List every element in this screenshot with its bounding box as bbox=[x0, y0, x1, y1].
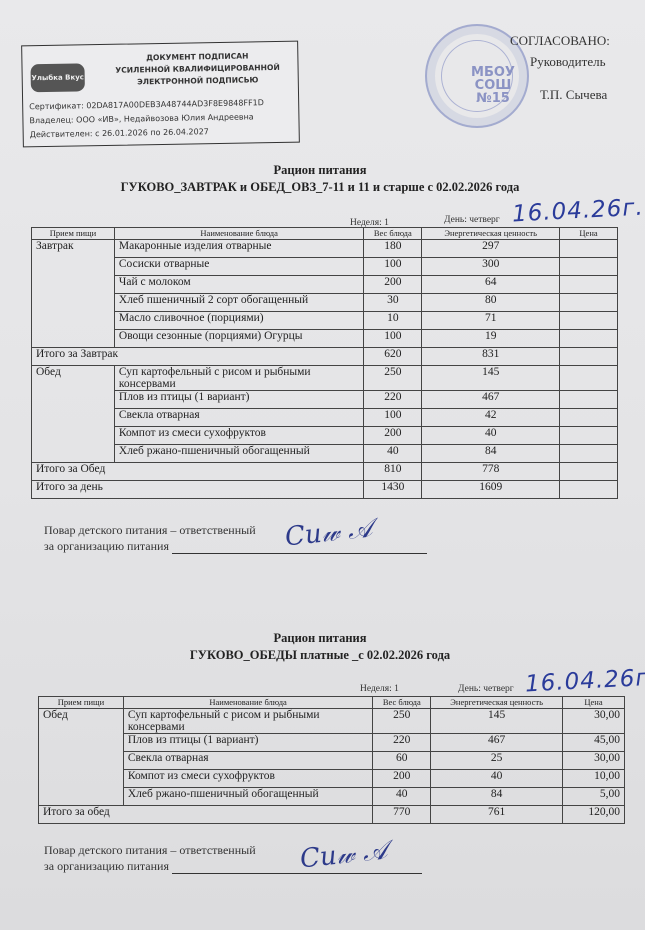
dish-name: Свекла отварная bbox=[114, 409, 363, 427]
total-price bbox=[560, 463, 618, 481]
dish-name: Макаронные изделия отварные bbox=[114, 240, 363, 258]
dish-price bbox=[560, 445, 618, 463]
signature-heading: ДОКУМЕНТ ПОДПИСАН УСИЛЕННОЙ КВАЛИФИЦИРОВ… bbox=[102, 50, 293, 89]
total-label: Итого за обед bbox=[39, 806, 373, 824]
meal-name: Завтрак bbox=[32, 240, 115, 348]
dish-energy: 467 bbox=[422, 391, 560, 409]
total-energy: 831 bbox=[422, 348, 560, 366]
responsible-line-2: за организацию питания bbox=[44, 539, 169, 553]
dish-price bbox=[560, 391, 618, 409]
company-logo: Улыбка Вкус bbox=[30, 63, 84, 92]
signature-line bbox=[172, 873, 422, 874]
total-label: Итого за Обед bbox=[32, 463, 364, 481]
dish-energy: 84 bbox=[422, 445, 560, 463]
table-row: ЗавтракМакаронные изделия отварные180297 bbox=[32, 240, 618, 258]
table-row: Масло сливочное (порциями)1071 bbox=[32, 312, 618, 330]
section2-title: Рацион питания bbox=[100, 630, 540, 647]
section1-day: День: четверг bbox=[444, 215, 500, 225]
table-row: Компот из смеси сухофруктов2004010,00 bbox=[39, 770, 625, 788]
dish-price bbox=[560, 366, 618, 391]
dish-energy: 19 bbox=[422, 330, 560, 348]
dish-weight: 30 bbox=[364, 294, 422, 312]
dish-energy: 467 bbox=[431, 734, 563, 752]
dish-energy: 71 bbox=[422, 312, 560, 330]
section1-title-block: Рацион питания ГУКОВО_ЗАВТРАК и ОБЕД_ОВЗ… bbox=[60, 162, 580, 196]
dish-energy: 64 bbox=[422, 276, 560, 294]
dish-name: Хлеб пшеничный 2 сорт обогащенный bbox=[114, 294, 363, 312]
total-weight: 810 bbox=[364, 463, 422, 481]
dish-weight: 40 bbox=[364, 445, 422, 463]
col-header-weight: Вес блюда bbox=[364, 228, 422, 240]
day-total-row: Итого за день14301609 bbox=[32, 481, 618, 499]
dish-weight: 200 bbox=[364, 427, 422, 445]
col-header-dish: Наименование блюда bbox=[114, 228, 363, 240]
dish-price bbox=[560, 294, 618, 312]
dish-name: Хлеб ржано-пшеничный обогащенный bbox=[114, 445, 363, 463]
day-total-label: Итого за день bbox=[32, 481, 364, 499]
day-total-energy: 1609 bbox=[422, 481, 560, 499]
total-weight: 620 bbox=[364, 348, 422, 366]
table-row: Компот из смеси сухофруктов20040 bbox=[32, 427, 618, 445]
dish-price: 30,00 bbox=[563, 709, 625, 734]
dish-weight: 220 bbox=[373, 734, 431, 752]
col-header-energy: Энергетическая ценность bbox=[422, 228, 560, 240]
section1-menu-table: Прием пищи Наименование блюда Вес блюда … bbox=[31, 227, 618, 499]
table-header-row: Прием пищи Наименование блюда Вес блюда … bbox=[39, 697, 625, 709]
dish-weight: 100 bbox=[364, 330, 422, 348]
dish-energy: 297 bbox=[422, 240, 560, 258]
table-row: Плов из птицы (1 вариант)220467 bbox=[32, 391, 618, 409]
table-row: Сосиски отварные100300 bbox=[32, 258, 618, 276]
dish-price bbox=[560, 427, 618, 445]
total-row: Итого за Завтрак620831 bbox=[32, 348, 618, 366]
dish-energy: 25 bbox=[431, 752, 563, 770]
dish-weight: 200 bbox=[373, 770, 431, 788]
section1-subtitle: ГУКОВО_ЗАВТРАК и ОБЕД_ОВЗ_7-11 и 11 и ст… bbox=[60, 179, 580, 196]
dish-weight: 10 bbox=[364, 312, 422, 330]
col-header-price: Цена bbox=[560, 228, 618, 240]
approval-name: Т.П. Сычева bbox=[468, 84, 610, 105]
responsible-line-2: за организацию питания bbox=[44, 859, 169, 873]
table-row: Плов из птицы (1 вариант)22046745,00 bbox=[39, 734, 625, 752]
dish-energy: 40 bbox=[422, 427, 560, 445]
section1-handwritten-date: 16.04.26г. bbox=[511, 195, 644, 228]
dish-price bbox=[560, 240, 618, 258]
table-header-row: Прием пищи Наименование блюда Вес блюда … bbox=[32, 228, 618, 240]
dish-name: Хлеб ржано-пшеничный обогащенный bbox=[123, 788, 372, 806]
col-header-dish: Наименование блюда bbox=[123, 697, 372, 709]
col-header-energy: Энергетическая ценность bbox=[431, 697, 563, 709]
table-row: ОбедСуп картофельный с рисом и рыбными к… bbox=[39, 709, 625, 734]
table-row: ОбедСуп картофельный с рисом и рыбными к… bbox=[32, 366, 618, 391]
certificate-validity: Действителен: с 26.01.2026 по 26.04.2027 bbox=[30, 124, 265, 142]
dish-price bbox=[560, 409, 618, 427]
signature-line bbox=[172, 553, 427, 554]
section2-handwritten-date: 16.04.26г. bbox=[524, 665, 645, 698]
dish-price: 45,00 bbox=[563, 734, 625, 752]
dish-price bbox=[560, 276, 618, 294]
table-row: Хлеб пшеничный 2 сорт обогащенный3080 bbox=[32, 294, 618, 312]
col-header-weight: Вес блюда bbox=[373, 697, 431, 709]
dish-weight: 60 bbox=[373, 752, 431, 770]
dish-weight: 100 bbox=[364, 258, 422, 276]
dish-name: Плов из птицы (1 вариант) bbox=[123, 734, 372, 752]
dish-price: 5,00 bbox=[563, 788, 625, 806]
dish-name: Компот из смеси сухофруктов bbox=[123, 770, 372, 788]
certificate-info: Сертификат: 02DA817A00DEB3A48744AD3F8E98… bbox=[29, 96, 264, 142]
dish-name: Компот из смеси сухофруктов bbox=[114, 427, 363, 445]
approval-role: Руководитель bbox=[468, 51, 610, 72]
dish-energy: 300 bbox=[422, 258, 560, 276]
approval-agreed: СОГЛАСОВАНО: bbox=[468, 30, 610, 51]
col-header-price: Цена bbox=[563, 697, 625, 709]
dish-weight: 180 bbox=[364, 240, 422, 258]
table-row: Овощи сезонные (порциями) Огурцы10019 bbox=[32, 330, 618, 348]
total-weight: 770 bbox=[373, 806, 431, 824]
dish-energy: 145 bbox=[422, 366, 560, 391]
table-row: Хлеб ржано-пшеничный обогащенный4084 bbox=[32, 445, 618, 463]
meal-name: Обед bbox=[39, 709, 124, 806]
dish-weight: 250 bbox=[373, 709, 431, 734]
dish-energy: 84 bbox=[431, 788, 563, 806]
dish-name: Масло сливочное (порциями) bbox=[114, 312, 363, 330]
dish-price bbox=[560, 330, 618, 348]
dish-price: 30,00 bbox=[563, 752, 625, 770]
section2-subtitle: ГУКОВО_ОБЕДЫ платные _с 02.02.2026 года bbox=[100, 647, 540, 664]
dish-name: Свекла отварная bbox=[123, 752, 372, 770]
e-signature-stamp: Улыбка Вкус ДОКУМЕНТ ПОДПИСАН УСИЛЕННОЙ … bbox=[21, 41, 300, 148]
dish-price: 10,00 bbox=[563, 770, 625, 788]
col-header-meal: Прием пищи bbox=[32, 228, 115, 240]
dish-name: Чай с молоком bbox=[114, 276, 363, 294]
section2-week: Неделя: 1 bbox=[360, 684, 399, 694]
total-price bbox=[560, 348, 618, 366]
total-energy: 761 bbox=[431, 806, 563, 824]
total-energy: 778 bbox=[422, 463, 560, 481]
table-row: Чай с молоком20064 bbox=[32, 276, 618, 294]
day-total-weight: 1430 bbox=[364, 481, 422, 499]
total-label: Итого за Завтрак bbox=[32, 348, 364, 366]
col-header-meal: Прием пищи bbox=[39, 697, 124, 709]
section2-menu-table: Прием пищи Наименование блюда Вес блюда … bbox=[38, 696, 625, 824]
dish-energy: 40 bbox=[431, 770, 563, 788]
section1-title: Рацион питания bbox=[60, 162, 580, 179]
day-total-price bbox=[560, 481, 618, 499]
dish-energy: 80 bbox=[422, 294, 560, 312]
dish-name: Суп картофельный с рисом и рыбными консе… bbox=[123, 709, 372, 734]
dish-weight: 40 bbox=[373, 788, 431, 806]
dish-price bbox=[560, 258, 618, 276]
table-row: Хлеб ржано-пшеничный обогащенный40845,00 bbox=[39, 788, 625, 806]
dish-energy: 145 bbox=[431, 709, 563, 734]
dish-name: Суп картофельный с рисом и рыбными консе… bbox=[114, 366, 363, 391]
meal-name: Обед bbox=[32, 366, 115, 463]
section2-day: День: четверг bbox=[458, 684, 514, 694]
table-row: Свекла отварная10042 bbox=[32, 409, 618, 427]
dish-energy: 42 bbox=[422, 409, 560, 427]
approval-block: СОГЛАСОВАНО: Руководитель Т.П. Сычева bbox=[468, 30, 610, 105]
dish-name: Сосиски отварные bbox=[114, 258, 363, 276]
section2-title-block: Рацион питания ГУКОВО_ОБЕДЫ платные _с 0… bbox=[100, 630, 540, 664]
dish-weight: 250 bbox=[364, 366, 422, 391]
dish-name: Плов из птицы (1 вариант) bbox=[114, 391, 363, 409]
dish-weight: 100 bbox=[364, 409, 422, 427]
dish-weight: 220 bbox=[364, 391, 422, 409]
total-row: Итого за Обед810778 bbox=[32, 463, 618, 481]
dish-weight: 200 bbox=[364, 276, 422, 294]
dish-price bbox=[560, 312, 618, 330]
total-price: 120,00 bbox=[563, 806, 625, 824]
total-row: Итого за обед770761120,00 bbox=[39, 806, 625, 824]
table-row: Свекла отварная602530,00 bbox=[39, 752, 625, 770]
dish-name: Овощи сезонные (порциями) Огурцы bbox=[114, 330, 363, 348]
